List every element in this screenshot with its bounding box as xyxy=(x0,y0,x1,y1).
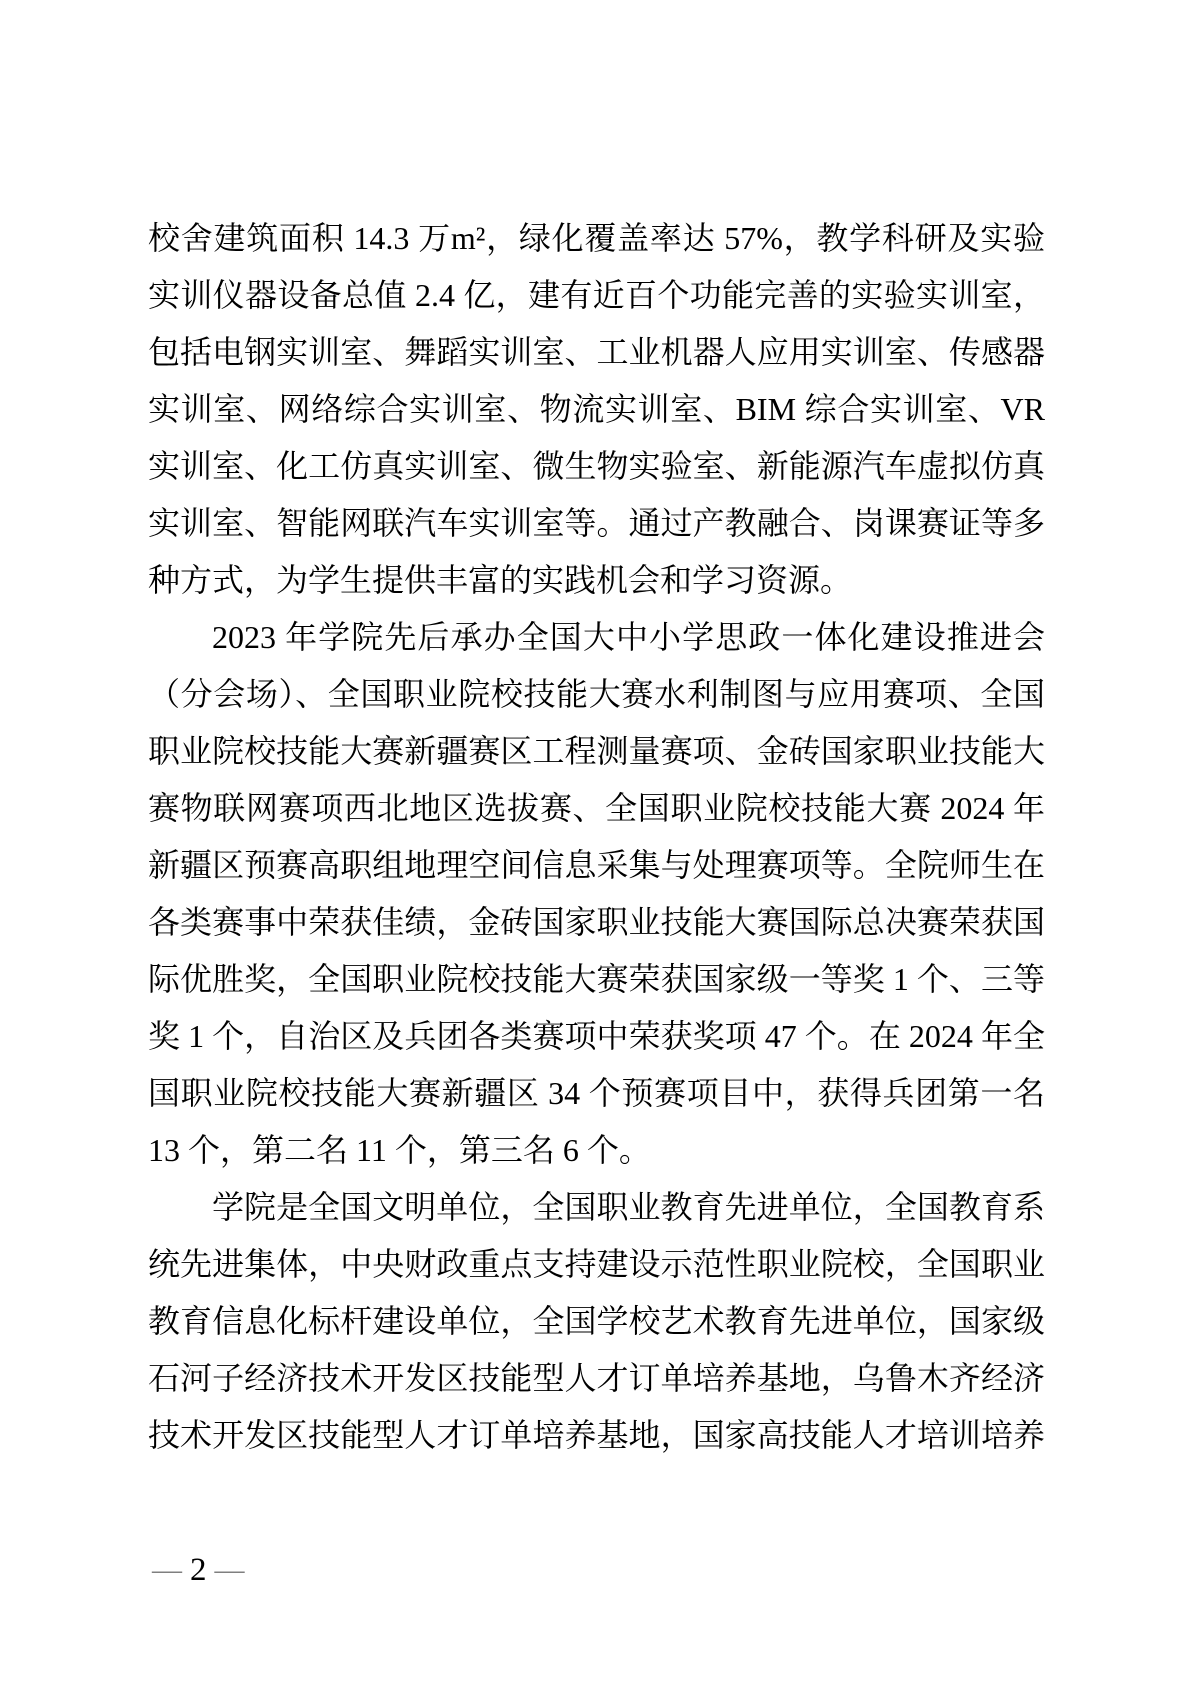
text-line: （分会场）、全国职业院校技能大赛水利制图与应用赛项、全国 xyxy=(148,666,1045,723)
text-line: 职业院校技能大赛新疆赛区工程测量赛项、金砖国家职业技能大 xyxy=(148,723,1045,780)
text-line: 13 个，第二名 11 个，第三名 6 个。 xyxy=(148,1122,1045,1179)
text-line: 石河子经济技术开发区技能型人才订单培养基地，乌鲁木齐经济 xyxy=(148,1350,1045,1407)
text-line: 国职业院校技能大赛新疆区 34 个预赛项目中，获得兵团第一名 xyxy=(148,1065,1045,1122)
text-line: 实训室、网络综合实训室、物流实训室、BIM 综合实训室、VR xyxy=(148,381,1045,438)
document-page: 校舍建筑面积 14.3 万m²，绿化覆盖率达 57%，教学科研及实验 实训仪器设… xyxy=(0,0,1191,1684)
paragraph-competitions: 2023 年学院先后承办全国大中小学思政一体化建设推进会 （分会场）、全国职业院… xyxy=(148,609,1045,1179)
text-line: 新疆区预赛高职组地理空间信息采集与处理赛项等。全院师生在 xyxy=(148,837,1045,894)
text-line: 统先进集体，中央财政重点支持建设示范性职业院校，全国职业 xyxy=(148,1236,1045,1293)
document-body: 校舍建筑面积 14.3 万m²，绿化覆盖率达 57%，教学科研及实验 实训仪器设… xyxy=(148,210,1045,1464)
footer-left-dash: — xyxy=(152,1550,182,1590)
text-line: 实训室、智能网联汽车实训室等。通过产教融合、岗课赛证等多 xyxy=(148,495,1045,552)
text-line: 各类赛事中荣获佳绩，金砖国家职业技能大赛国际总决赛荣获国 xyxy=(148,894,1045,951)
text-line: 实训室、化工仿真实训室、微生物实验室、新能源汽车虚拟仿真 xyxy=(148,438,1045,495)
text-line: 校舍建筑面积 14.3 万m²，绿化覆盖率达 57%，教学科研及实验 xyxy=(148,210,1045,267)
text-line: 教育信息化标杆建设单位，全国学校艺术教育先进单位，国家级 xyxy=(148,1293,1045,1350)
text-line: 赛物联网赛项西北地区选拔赛、全国职业院校技能大赛 2024 年 xyxy=(148,780,1045,837)
text-line: 2023 年学院先后承办全国大中小学思政一体化建设推进会 xyxy=(148,609,1045,666)
text-line: 技术开发区技能型人才订单培养基地，国家高技能人才培训培养 xyxy=(148,1407,1045,1464)
page-number: 2 xyxy=(190,1550,207,1590)
text-line: 学院是全国文明单位，全国职业教育先进单位，全国教育系 xyxy=(148,1179,1045,1236)
footer-right-dash: — xyxy=(215,1550,245,1590)
text-line: 种方式，为学生提供丰富的实践机会和学习资源。 xyxy=(148,552,1045,609)
text-line: 奖 1 个，自治区及兵团各类赛项中荣获奖项 47 个。在 2024 年全 xyxy=(148,1008,1045,1065)
paragraph-facilities: 校舍建筑面积 14.3 万m²，绿化覆盖率达 57%，教学科研及实验 实训仪器设… xyxy=(148,210,1045,609)
text-line: 实训仪器设备总值 2.4 亿，建有近百个功能完善的实验实训室， xyxy=(148,267,1045,324)
page-footer: — 2 — xyxy=(152,1550,245,1590)
text-line: 包括电钢实训室、舞蹈实训室、工业机器人应用实训室、传感器 xyxy=(148,324,1045,381)
text-line: 际优胜奖，全国职业院校技能大赛荣获国家级一等奖 1 个、三等 xyxy=(148,951,1045,1008)
paragraph-honors: 学院是全国文明单位，全国职业教育先进单位，全国教育系 统先进集体，中央财政重点支… xyxy=(148,1179,1045,1464)
